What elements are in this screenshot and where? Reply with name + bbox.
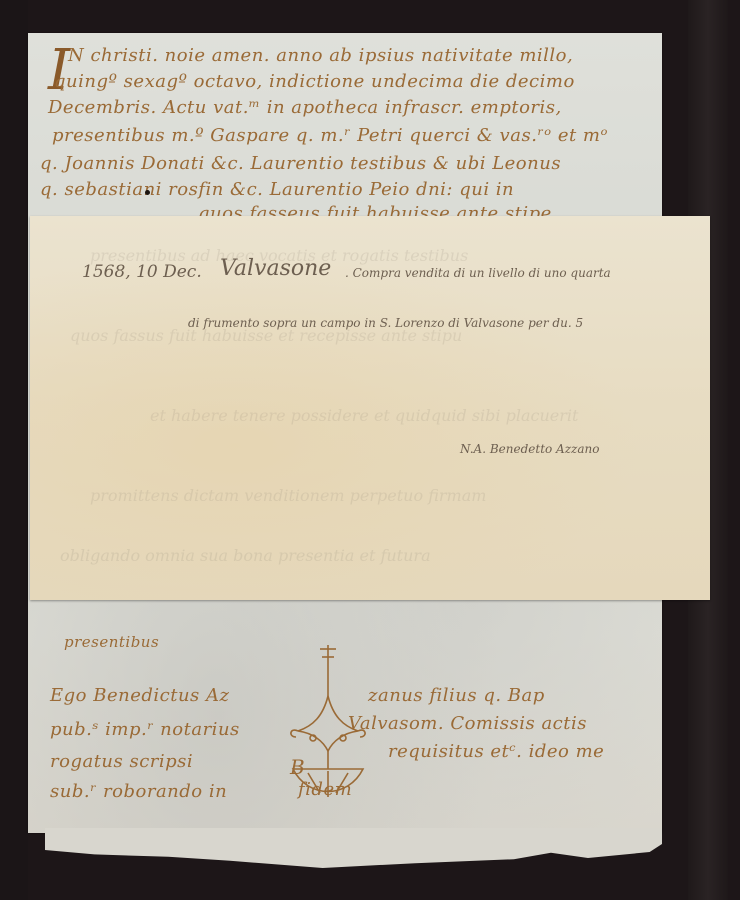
- parchment-torn-edge: [45, 828, 662, 868]
- subscription-right-3: requisitus etᶜ. ideo me: [388, 741, 604, 762]
- text-line-2: quingº sexagº octavo, indictione undecim…: [54, 71, 575, 92]
- subscription-left-2: pub.ˢ imp.ʳ notarius: [50, 719, 240, 740]
- text-line-4: presentibus m.º Gaspare q. m.ʳ Petri que…: [52, 125, 608, 146]
- notary-sign-initial: B: [290, 755, 305, 779]
- subscription-left-3: rogatus scripsi: [50, 751, 193, 772]
- slip-place: Valvasone: [220, 256, 331, 281]
- parchment-top-text: I N christi. noie amen. anno ab ipsius n…: [28, 33, 662, 223]
- archival-note-slip: presentibus ad haec vocatis et rogatis t…: [30, 216, 710, 600]
- show-through-text: obligando omnia sua bona presentia et fu…: [60, 546, 431, 565]
- show-through-text: et habere tenere possidere et quidquid s…: [150, 406, 578, 425]
- subscription-left-1: Ego Benedictus Az: [50, 685, 229, 706]
- text-line-3: Decembris. Actu vat.ᵐ in apotheca infras…: [48, 97, 562, 118]
- ink-dot: [145, 190, 150, 195]
- notary-subscription: presentibus Ego Benedictus Az zanus fili…: [28, 633, 662, 833]
- text-line-5: q. Joannis Donati &c. Laurentio testibus…: [40, 153, 561, 174]
- slip-date: 1568, 10 Dec.: [82, 262, 202, 282]
- subscription-right-1: zanus filius q. Bap: [368, 685, 545, 706]
- background-left: [0, 0, 28, 900]
- partial-line: presentibus: [64, 633, 159, 651]
- subscription-right-2: Valvasom. Comissis actis: [348, 713, 587, 734]
- subscription-left-4: sub.ʳ roborando in: [50, 781, 227, 802]
- slip-signature: N.A. Benedetto Azzano: [460, 442, 599, 456]
- slip-summary: . Compra vendita di un livello di uno qu…: [345, 266, 611, 280]
- text-line-1: N christi. noie amen. anno ab ipsius nat…: [68, 45, 573, 66]
- slip-summary-line2: di frumento sopra un campo in S. Lorenzo…: [188, 316, 583, 330]
- show-through-text: promittens dictam venditionem perpetuo f…: [90, 486, 486, 505]
- text-line-6: q. sebastiani rosfin &c. Laurentio Peio …: [40, 179, 514, 200]
